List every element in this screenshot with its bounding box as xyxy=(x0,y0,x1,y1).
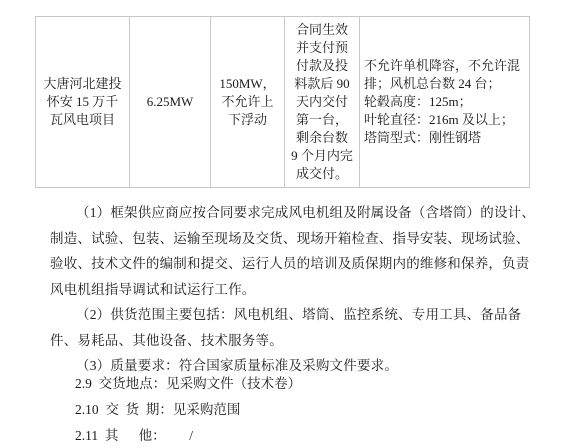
total-capacity: 150MW， 不允许上 下浮动 xyxy=(219,75,275,129)
paragraph-line: 制造、试验、包装、运输至现场及交货、现场开箱检查、指导安装、现场试验、 xyxy=(50,226,540,252)
paragraph-line: （2）供货范围主要包括：风电机组、塔筒、监控系统、专用工具、备品备 xyxy=(50,302,540,328)
paragraph-line: 验收、技术文件的编制和提交、运行人员的培训及质保期内的维修和保养，负责 xyxy=(50,251,540,277)
paragraph-supply-scope: （2）供货范围主要包括：风电机组、塔筒、监控系统、专用工具、备品备 件、易耗品、… xyxy=(50,302,540,353)
project-name-cell: 大唐河北建投 怀安 15 万千 瓦风电项目 xyxy=(36,17,130,188)
paragraph-line: 风电机组指导调试和试运行工作。 xyxy=(50,277,540,303)
paragraph-line: （1）框架供应商应按合同要求完成风电机组及附属设备（含塔筒）的设计、 xyxy=(50,200,540,226)
item-delivery-period: 2.10 交 货 期：见采购范围 xyxy=(75,398,240,418)
technical-requirements: 不允许单机降容，不允许混 排；风机总台数 24 台； 轮毂高度：125m； 叶轮… xyxy=(364,57,520,147)
item-delivery-location: 2.9 交货地点：见采购文件（技术卷） xyxy=(75,372,301,392)
paragraph-scope-of-work: （1）框架供应商应按合同要求完成风电机组及附属设备（含塔筒）的设计、 制造、试验… xyxy=(50,200,540,302)
total-capacity-cell: 150MW， 不允许上 下浮动 xyxy=(211,17,285,188)
paragraph-line: 件、易耗品、其他设备、技术服务等。 xyxy=(50,328,540,354)
table-row: 大唐河北建投 怀安 15 万千 瓦风电项目 6.25MW 150MW， 不允许上… xyxy=(36,17,530,188)
delivery-schedule-cell: 合同生效 并支付预 付款及投 料款后 90 天内交付 第一台， 剩余台数 9 个… xyxy=(285,17,360,188)
unit-capacity: 6.25MW xyxy=(147,93,194,111)
technical-requirements-cell: 不允许单机降容，不允许混 排；风机总台数 24 台； 轮毂高度：125m； 叶轮… xyxy=(360,17,530,188)
project-spec-table: 大唐河北建投 怀安 15 万千 瓦风电项目 6.25MW 150MW， 不允许上… xyxy=(35,16,530,188)
delivery-schedule: 合同生效 并支付预 付款及投 料款后 90 天内交付 第一台， 剩余台数 9 个… xyxy=(291,21,353,183)
unit-capacity-cell: 6.25MW xyxy=(130,17,211,188)
project-name: 大唐河北建投 怀安 15 万千 瓦风电项目 xyxy=(43,75,121,129)
item-other: 2.11 其 他： / xyxy=(75,424,193,444)
